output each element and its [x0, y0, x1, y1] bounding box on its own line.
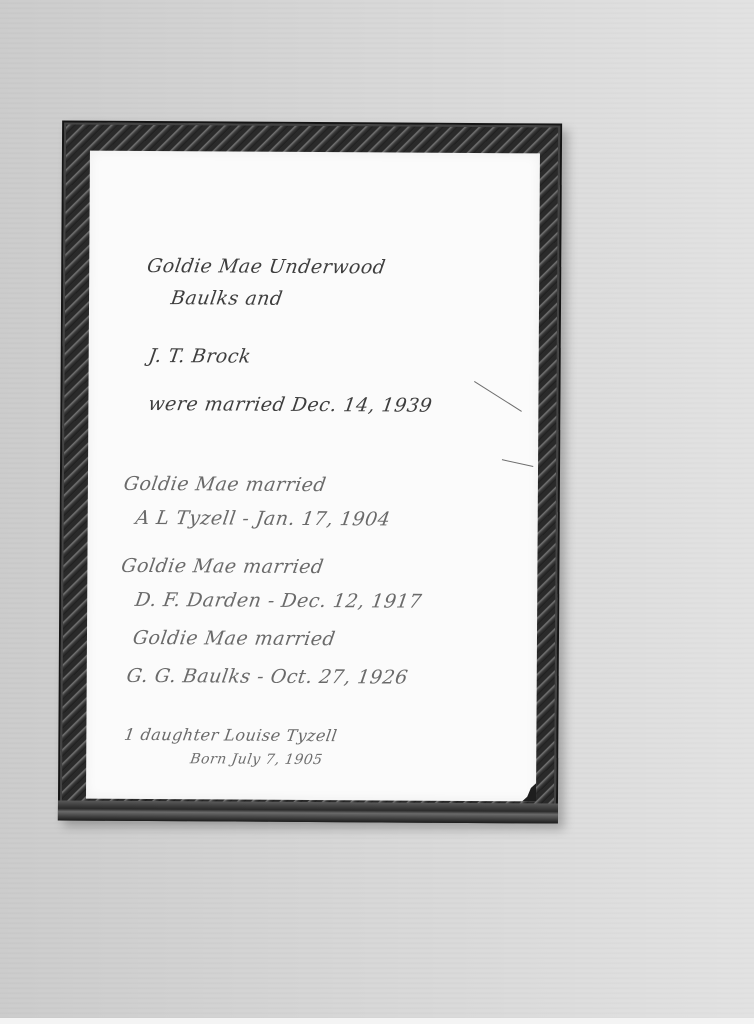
- note-line-daughter-birth: Born July 7, 1905: [189, 751, 324, 768]
- note-line-bride-name: Goldie Mae Underwood: [146, 255, 388, 278]
- scanner-edge: [0, 1018, 754, 1024]
- torn-paper-corner: [520, 781, 538, 801]
- note-line-second-marriage-intro: Goldie Mae married: [120, 555, 326, 578]
- pencil-stroke: [502, 459, 533, 467]
- note-line-third-marriage: G. G. Baulks - Oct. 27, 1926: [125, 665, 409, 689]
- handwritten-note-paper: Goldie Mae Underwood Baulks and J. T. Br…: [86, 151, 540, 802]
- note-line-third-marriage-intro: Goldie Mae married: [131, 627, 337, 650]
- note-line-bride-surname: Baulks and: [169, 287, 284, 310]
- note-line-groom-name: J. T. Brock: [147, 345, 253, 368]
- note-line-second-marriage: D. F. Darden - Dec. 12, 1917: [134, 589, 424, 613]
- pencil-stroke: [474, 381, 522, 412]
- note-line-daughter: 1 daughter Louise Tyzell: [123, 725, 339, 745]
- note-line-first-marriage-intro: Goldie Mae married: [122, 473, 328, 496]
- note-line-marriage-date: were married Dec. 14, 1939: [147, 393, 434, 417]
- frame-bottom-rail: [58, 800, 558, 823]
- note-line-first-marriage: A L Tyzell - Jan. 17, 1904: [134, 507, 392, 531]
- picture-frame: Goldie Mae Underwood Baulks and J. T. Br…: [58, 120, 562, 823]
